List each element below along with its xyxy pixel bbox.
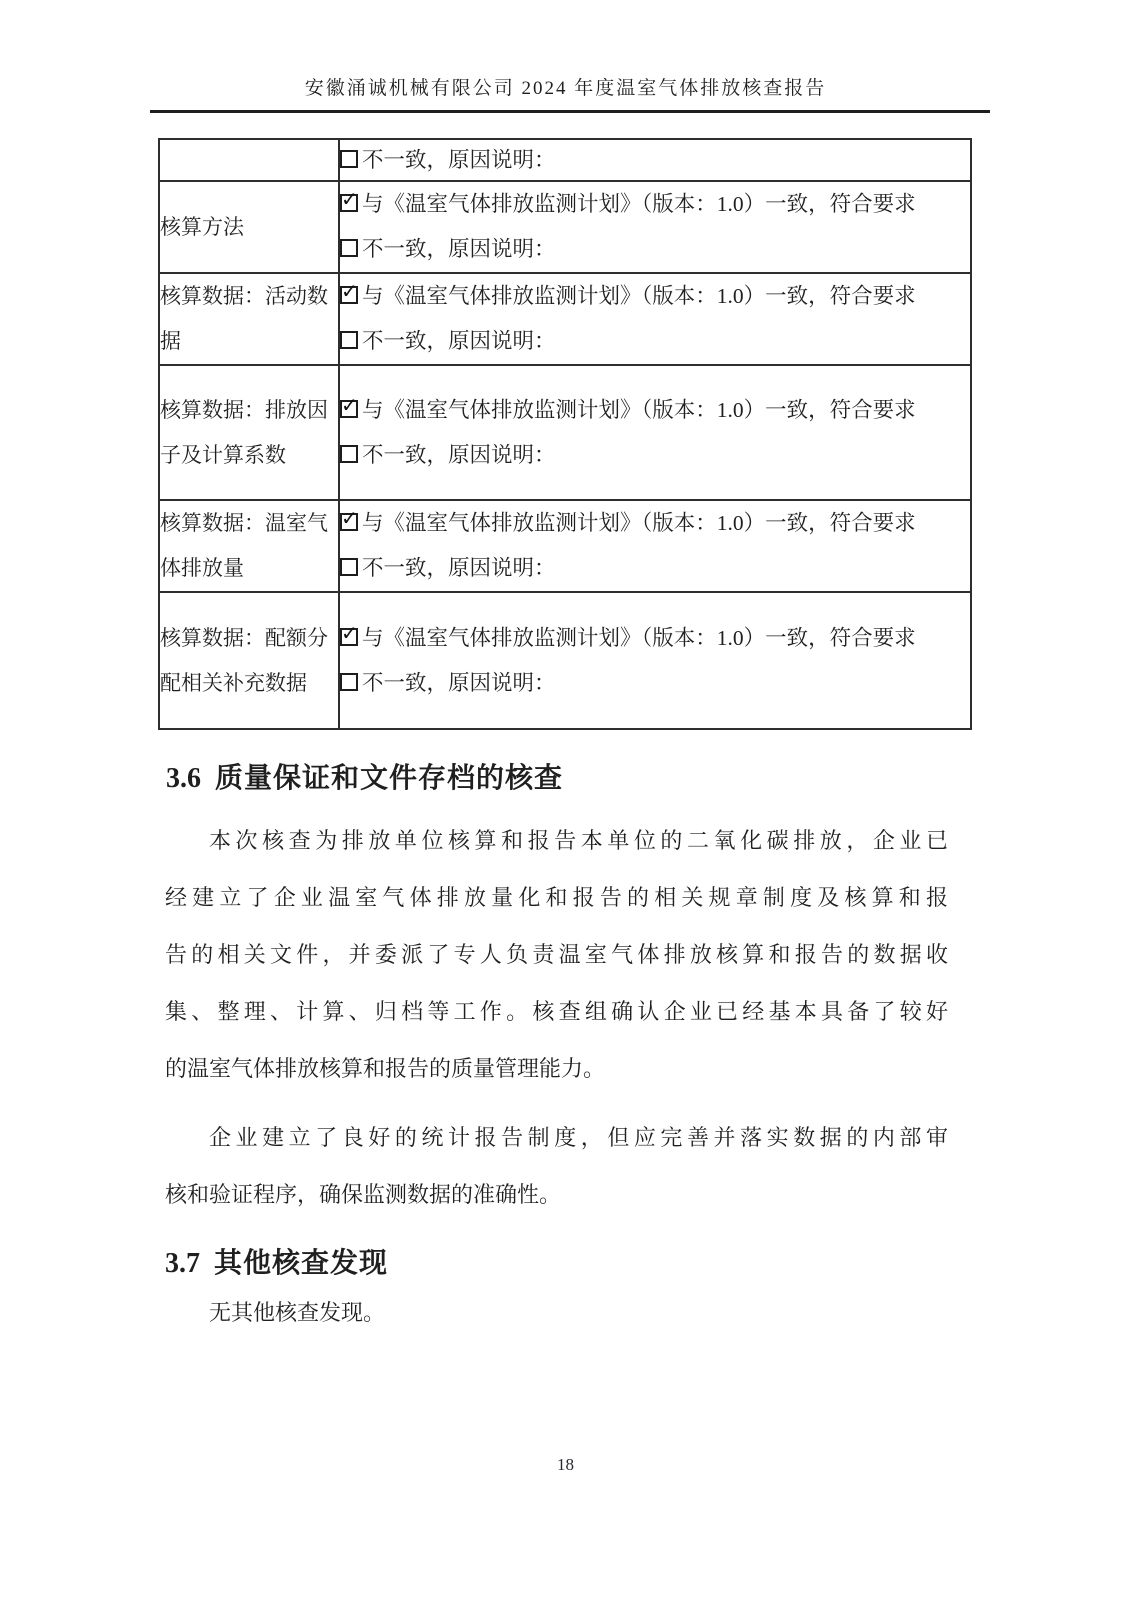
checkbox-checked-icon bbox=[340, 194, 358, 212]
row-label: 核算数据：活动数据 bbox=[159, 273, 339, 365]
paragraph-line: 核和验证程序，确保监测数据的准确性。 bbox=[165, 1166, 948, 1223]
checkbox-option: 不一致，原因说明： bbox=[340, 546, 970, 591]
option-text: 不一致，原因说明： bbox=[362, 671, 556, 695]
table-row: 核算方法 与《温室气体排放监测计划》（版本：1.0）一致，符合要求 不一致，原因… bbox=[159, 181, 971, 273]
body-text: 本次核查为排放单位核算和报告本单位的二氧化碳排放，企业已 经建立了企业温室气体排… bbox=[165, 812, 948, 1341]
checkbox-option: 与《温室气体排放监测计划》（版本：1.0）一致，符合要求 bbox=[340, 501, 970, 546]
checkbox-option: 与《温室气体排放监测计划》（版本：1.0）一致，符合要求 bbox=[340, 388, 970, 433]
checkbox-option: 不一致，原因说明： bbox=[340, 433, 970, 478]
section-number: 3.6 bbox=[166, 763, 201, 794]
checkbox-option: 不一致，原因说明： bbox=[340, 141, 970, 179]
checkbox-unchecked-icon bbox=[340, 558, 358, 576]
table-row: 核算数据：配额分配相关补充数据 与《温室气体排放监测计划》（版本：1.0）一致，… bbox=[159, 592, 971, 729]
paragraph-line: 告的相关文件，并委派了专人负责温室气体排放核算和报告的数据收 bbox=[165, 926, 948, 983]
row-label: 核算数据：温室气体排放量 bbox=[159, 500, 339, 592]
verification-table: 不一致，原因说明： 核算方法 与《温室气体排放监测计划》（版本：1.0）一致，符… bbox=[158, 138, 972, 730]
paragraph-line: 企业建立了良好的统计报告制度，但应完善并落实数据的内部审 bbox=[165, 1109, 948, 1166]
option-text: 不一致，原因说明： bbox=[362, 329, 556, 353]
checkbox-checked-icon bbox=[340, 513, 358, 531]
paragraph-line: 集、整理、计算、归档等工作。核查组确认企业已经基本具备了较好 bbox=[165, 983, 948, 1040]
checkbox-unchecked-icon bbox=[340, 673, 358, 691]
section-heading-3-7: 3.7其他核查发现 bbox=[165, 1245, 948, 1282]
row-label: 核算数据：配额分配相关补充数据 bbox=[159, 592, 339, 729]
document-page: 安徽涌诚机械有限公司 2024 年度温室气体排放核查报告 不一致，原因说明： 核… bbox=[0, 0, 1131, 1600]
paragraph: 本次核查为排放单位核算和报告本单位的二氧化碳排放，企业已 经建立了企业温室气体排… bbox=[165, 812, 948, 1097]
option-text: 不一致，原因说明： bbox=[362, 148, 556, 172]
checkbox-unchecked-icon bbox=[340, 239, 358, 257]
table-row: 不一致，原因说明： bbox=[159, 139, 971, 181]
page-number: 18 bbox=[0, 1455, 1131, 1475]
checkbox-checked-icon bbox=[340, 400, 358, 418]
row-label: 核算数据：排放因子及计算系数 bbox=[159, 365, 339, 500]
option-text: 与《温室气体排放监测计划》（版本：1.0）一致，符合要求 bbox=[362, 284, 916, 308]
checkbox-option: 不一致，原因说明： bbox=[340, 319, 970, 364]
paragraph: 无其他核查发现。 bbox=[165, 1284, 948, 1341]
checkbox-unchecked-icon bbox=[340, 150, 358, 168]
paragraph-line: 本次核查为排放单位核算和报告本单位的二氧化碳排放，企业已 bbox=[165, 812, 948, 869]
paragraph-line: 的温室气体排放核算和报告的质量管理能力。 bbox=[165, 1040, 948, 1097]
paragraph-line: 无其他核查发现。 bbox=[165, 1284, 948, 1341]
checkbox-unchecked-icon bbox=[340, 445, 358, 463]
checkbox-option: 不一致，原因说明： bbox=[340, 227, 970, 272]
section-title: 其他核查发现 bbox=[214, 1247, 388, 1278]
paragraph-line: 经建立了企业温室气体排放量化和报告的相关规章制度及核算和报 bbox=[165, 869, 948, 926]
section-number: 3.7 bbox=[165, 1248, 200, 1279]
checkbox-checked-icon bbox=[340, 286, 358, 304]
option-text: 与《温室气体排放监测计划》（版本：1.0）一致，符合要求 bbox=[362, 626, 916, 650]
checkbox-option: 与《温室气体排放监测计划》（版本：1.0）一致，符合要求 bbox=[340, 274, 970, 319]
option-text: 不一致，原因说明： bbox=[362, 443, 556, 467]
section-title: 质量保证和文件存档的核查 bbox=[215, 762, 563, 793]
header-rule-divider bbox=[150, 110, 990, 113]
header-title: 安徽涌诚机械有限公司 2024 年度温室气体排放核查报告 bbox=[0, 76, 1131, 102]
option-text: 与《温室气体排放监测计划》（版本：1.0）一致，符合要求 bbox=[362, 398, 916, 422]
option-text: 与《温室气体排放监测计划》（版本：1.0）一致，符合要求 bbox=[362, 192, 916, 216]
option-text: 不一致，原因说明： bbox=[362, 556, 556, 580]
row-label: 核算方法 bbox=[159, 181, 339, 273]
checkbox-option: 与《温室气体排放监测计划》（版本：1.0）一致，符合要求 bbox=[340, 616, 970, 661]
table-row: 核算数据：排放因子及计算系数 与《温室气体排放监测计划》（版本：1.0）一致，符… bbox=[159, 365, 971, 500]
option-text: 不一致，原因说明： bbox=[362, 237, 556, 261]
option-text: 与《温室气体排放监测计划》（版本：1.0）一致，符合要求 bbox=[362, 511, 916, 535]
checkbox-option: 不一致，原因说明： bbox=[340, 661, 970, 706]
row-label bbox=[159, 139, 339, 181]
table-row: 核算数据：活动数据 与《温室气体排放监测计划》（版本：1.0）一致，符合要求 不… bbox=[159, 273, 971, 365]
paragraph: 企业建立了良好的统计报告制度，但应完善并落实数据的内部审 核和验证程序，确保监测… bbox=[165, 1109, 948, 1223]
checkbox-checked-icon bbox=[340, 628, 358, 646]
checkbox-unchecked-icon bbox=[340, 331, 358, 349]
checkbox-option: 与《温室气体排放监测计划》（版本：1.0）一致，符合要求 bbox=[340, 182, 970, 227]
section-heading-3-6: 3.6质量保证和文件存档的核查 bbox=[166, 760, 563, 797]
table-row: 核算数据：温室气体排放量 与《温室气体排放监测计划》（版本：1.0）一致，符合要… bbox=[159, 500, 971, 592]
